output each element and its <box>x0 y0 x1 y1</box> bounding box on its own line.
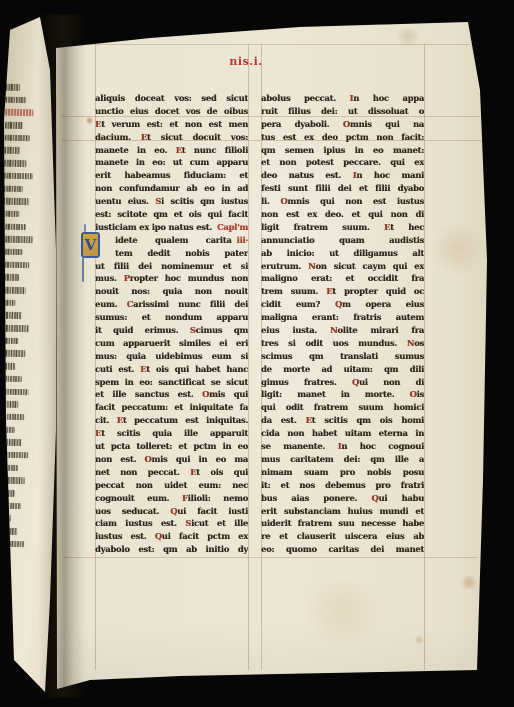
text-line: mus: quia uidebimus eum si <box>95 350 248 363</box>
facing-page-text-line <box>0 337 18 344</box>
text-line: erit habeamus fiduciam: et <box>95 169 248 182</box>
text-line: idete qualem caritaiii· <box>95 234 248 247</box>
text-line: annunciatio quam audistis <box>261 234 424 247</box>
text-line: iustus est. Qui facit pctm ex <box>95 530 248 543</box>
text-line: it: et nos debemus pro fratri <box>261 479 424 492</box>
text-line: maligna erant: fratris autem <box>261 311 424 324</box>
text-line: manete in eo: ut cum apparu <box>95 156 248 169</box>
text-line: cit. Et peccatum est iniquitas. <box>95 414 248 427</box>
text-line: erutrum. Non sicut caym qui ex <box>261 260 424 273</box>
facing-page-text-line <box>6 84 20 91</box>
facing-page-text-line <box>0 477 25 484</box>
ruling-line-vertical <box>248 44 249 670</box>
facing-page-text-line <box>0 363 15 370</box>
facing-page-text-line <box>5 134 30 141</box>
facing-page-text-line <box>2 287 26 294</box>
facing-page-text-line <box>3 223 26 230</box>
text-line: ligit: manet in morte. Ois <box>261 388 424 401</box>
text-line: peccat non uidet eum: nec <box>95 479 248 492</box>
text-line: net non peccat. Et ois qui <box>95 466 248 479</box>
text-line: li. Omnis qui non est iustus <box>261 195 424 208</box>
text-line: dyabolo est: qm ab initio dy <box>95 543 248 556</box>
facing-page-text-line <box>4 172 33 179</box>
text-line: nimam suam pro nobis posu <box>261 466 424 479</box>
facing-page-text-line <box>3 211 19 218</box>
text-line: ut pcta tolleret: et pctm in eo <box>95 440 248 453</box>
text-line: mus. Propter hoc mundus non <box>95 272 248 285</box>
text-line: bus aias ponere. Qui habu <box>261 492 424 505</box>
text-line: non est. Omis qui in eo ma <box>95 453 248 466</box>
text-line: ab inicio: ut diligamus alt <box>261 247 424 260</box>
text-line: et ille sanctus est. Omis qui <box>95 388 248 401</box>
facing-page-text-line <box>0 490 14 497</box>
facing-page-text-line <box>0 540 24 547</box>
facing-page-text-line <box>1 312 22 319</box>
text-line: cidit eum? Qm opera eius <box>261 298 424 311</box>
ruling-line-vertical <box>424 44 425 670</box>
facing-page-text-line <box>2 261 29 268</box>
text-column-right: abolus peccat. In hoc apparuit filius de… <box>261 92 424 556</box>
text-line: est: scitote qm et ois qui facit <box>95 208 248 221</box>
facing-page-text-line <box>0 464 18 471</box>
facing-page-text <box>0 84 40 554</box>
text-line: re et clauserit uiscera eius ab <box>261 530 424 543</box>
text-line: erit substanciam huius mundi et <box>261 505 424 518</box>
facing-page-text-line <box>0 452 28 459</box>
text-line: ruit filius dei: ut dissoluat o <box>261 105 424 118</box>
text-line: Et verum est: et non est men <box>95 118 248 131</box>
text-line: iusticiam ex ipo natus est.Capl'm <box>95 221 248 234</box>
facing-page-text-line <box>0 350 25 357</box>
text-line: qm semen ipius in eo manet: <box>261 144 424 157</box>
text-line: cuti est. Et ois qui habet hanc <box>95 363 248 376</box>
text-line: pera dyaboli. Omnis qui na <box>261 118 424 131</box>
text-line: unctio eius docet vos de oibus <box>95 105 248 118</box>
parchment-stain <box>460 575 478 590</box>
text-line: qui odit fratrem suum homici <box>261 401 424 414</box>
facing-page-text-line <box>0 439 21 446</box>
parchment-stain <box>430 222 485 277</box>
text-line: it quid erimus. Scimus qm <box>95 324 248 337</box>
facing-page-text-line <box>0 528 18 535</box>
facing-page-text-line <box>0 413 25 420</box>
text-line: non confundamur ab eo in ad <box>95 182 248 195</box>
text-line: tus est ex deo pctm non facit: <box>261 131 424 144</box>
rubricated-letter: O <box>343 119 350 129</box>
initial-letter: V <box>85 238 97 253</box>
text-line: ut filii dei nominemur et si <box>95 260 248 273</box>
decorated-initial: V <box>81 232 100 258</box>
text-line: Et scitis quia ille apparuit <box>95 427 248 440</box>
initial-flourish <box>82 258 84 282</box>
facing-page-text-line <box>0 388 29 395</box>
initial-flourish <box>84 224 86 232</box>
chapter-number: iii· <box>232 235 248 245</box>
text-line: facit peccatum: et iniquitate fa <box>95 401 248 414</box>
parchment-stain <box>414 636 424 644</box>
facing-page-text-line <box>1 299 15 306</box>
manuscript-photograph: nis.i. aliquis doceat vos: sed sicutunct… <box>0 0 514 707</box>
facing-page-text-line <box>5 122 23 129</box>
text-line: ligit fratrem suum. Et hec <box>261 221 424 234</box>
text-line: trem suum. Et propter quid oc <box>261 285 424 298</box>
facing-page-text-line <box>0 375 22 382</box>
text-line: tem dedit nobis pater <box>95 247 248 260</box>
facing-page-text-line <box>4 160 26 167</box>
parchment-stain <box>392 28 424 44</box>
text-line: aliquis doceat vos: sed sicut <box>95 92 248 105</box>
text-line: eo: quomo caritas dei manet <box>261 543 424 556</box>
facing-page-text-line <box>4 185 23 192</box>
text-line: gimus fratres. Qui non di <box>261 376 424 389</box>
text-line: uiderit fratrem suu necesse habe <box>261 517 424 530</box>
text-line: scimus qm translati sumus <box>261 350 424 363</box>
text-line: manete in eo. Et nunc filioli <box>95 144 248 157</box>
text-line: eum. Carissimi nunc filii dei <box>95 298 248 311</box>
text-line: uos seducat. Qui facit iusti <box>95 505 248 518</box>
text-line: spem in eo: sanctificat se sicut <box>95 376 248 389</box>
text-line: maligno erat: et occidit fra <box>261 272 424 285</box>
facing-page-text-line <box>0 426 15 433</box>
facing-page-text-line <box>4 147 19 154</box>
facing-page-text-line <box>3 236 33 243</box>
facing-page-text-line <box>0 401 18 408</box>
text-line: nouit nos: quia non nouit <box>95 285 248 298</box>
rubricated-letter: Q <box>352 377 359 387</box>
text-line: abolus peccat. In hoc appa <box>261 92 424 105</box>
parchment-stain <box>295 582 390 642</box>
text-column-left: aliquis doceat vos: sed sicutunctio eius… <box>95 92 248 556</box>
text-line: uentu eius. Si scitis qm iustus <box>95 195 248 208</box>
ruling-line-horizontal <box>64 557 478 558</box>
text-line: da est. Et scitis qm ois homi <box>261 414 424 427</box>
text-line: ciam iustus est. Sicut et ille <box>95 517 248 530</box>
text-line: festi sunt filii dei et filii dyabo <box>261 182 424 195</box>
running-title: nis.i. <box>202 55 290 68</box>
text-line: cognouit eum. Filioli: nemo <box>95 492 248 505</box>
facing-page-text-line <box>3 198 29 205</box>
text-line: mus caritatem dei: qm ille a <box>261 453 424 466</box>
facing-page-text-line <box>1 325 29 332</box>
text-line: eius iusta. Nolite mirari fra <box>261 324 424 337</box>
text-line: tres si odit uos mundus. Nos <box>261 337 424 350</box>
facing-page-text-line <box>0 502 21 509</box>
rubricated-letter: Q <box>335 299 342 309</box>
text-line: de morte ad uitam: qm dili <box>261 363 424 376</box>
manuscript-page: nis.i. aliquis doceat vos: sed sicutunct… <box>0 0 514 707</box>
text-line: sumus: et nondum apparu <box>95 311 248 324</box>
facing-page-text-line <box>2 274 19 281</box>
text-line: non est ex deo. et qui non di <box>261 208 424 221</box>
text-line: se manente. In hoc cognoui <box>261 440 424 453</box>
facing-page-text-line <box>5 109 33 116</box>
ruling-line-horizontal <box>70 44 470 45</box>
rubricated-letter: O <box>202 389 209 399</box>
text-line: et non potest peccare. qui ex <box>261 156 424 169</box>
text-line: deo natus est. In hoc mani <box>261 169 424 182</box>
rubricated-letter: O <box>410 389 417 399</box>
text-line: dacium. Et sicut docuit vos: <box>95 131 248 144</box>
facing-page-text-line <box>0 515 11 522</box>
facing-page-text-line <box>6 96 27 103</box>
rubricated-letter: Q <box>155 531 162 541</box>
text-line: cida non habet uitam eterna in <box>261 427 424 440</box>
parchment-stain <box>86 116 93 125</box>
chapter-rubric: Capl'm <box>212 222 248 232</box>
text-line: cum apparuerit similes ei eri <box>95 337 248 350</box>
facing-page-text-line <box>2 249 22 256</box>
